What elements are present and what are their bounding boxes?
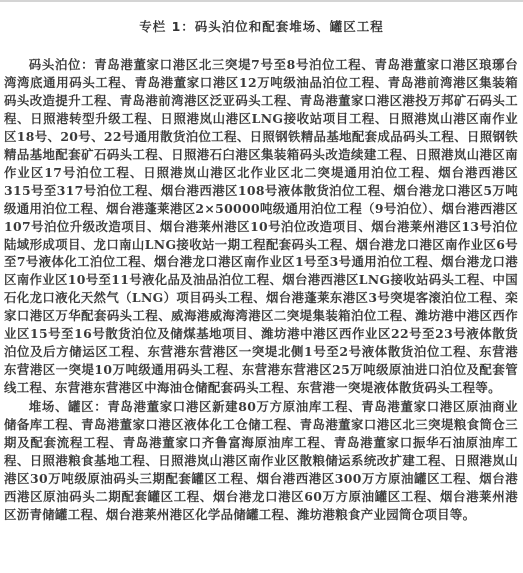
paragraph-lead-berths: 码头泊位：: [29, 57, 94, 72]
paragraph-text-berths: 青岛港董家口港区北三突堤7号至8号泊位工程、青岛港董家口港区琅琊台湾湾底通用码头…: [4, 57, 518, 395]
paragraph-text-yards-tanks: 青岛港董家口港区新建80万方原油库工程、青岛港董家口港区原油商业储备库工程、青岛…: [4, 399, 518, 522]
paragraph-berths: 码头泊位：青岛港董家口港区北三突堤7号至8号泊位工程、青岛港董家口港区琅琊台湾湾…: [4, 56, 518, 397]
document-body: 码头泊位：青岛港董家口港区北三突堤7号至8号泊位工程、青岛港董家口港区琅琊台湾湾…: [4, 56, 518, 524]
paragraph-yards-tanks: 堆场、罐区：青岛港董家口港区新建80万方原油库工程、青岛港董家口港区原油商业储备…: [4, 398, 518, 524]
column-title: 专栏 1：码头泊位和配套堆场、罐区工程: [0, 17, 523, 35]
paragraph-lead-yards-tanks: 堆场、罐区：: [29, 399, 108, 414]
top-border-rule: [0, 0, 523, 2]
